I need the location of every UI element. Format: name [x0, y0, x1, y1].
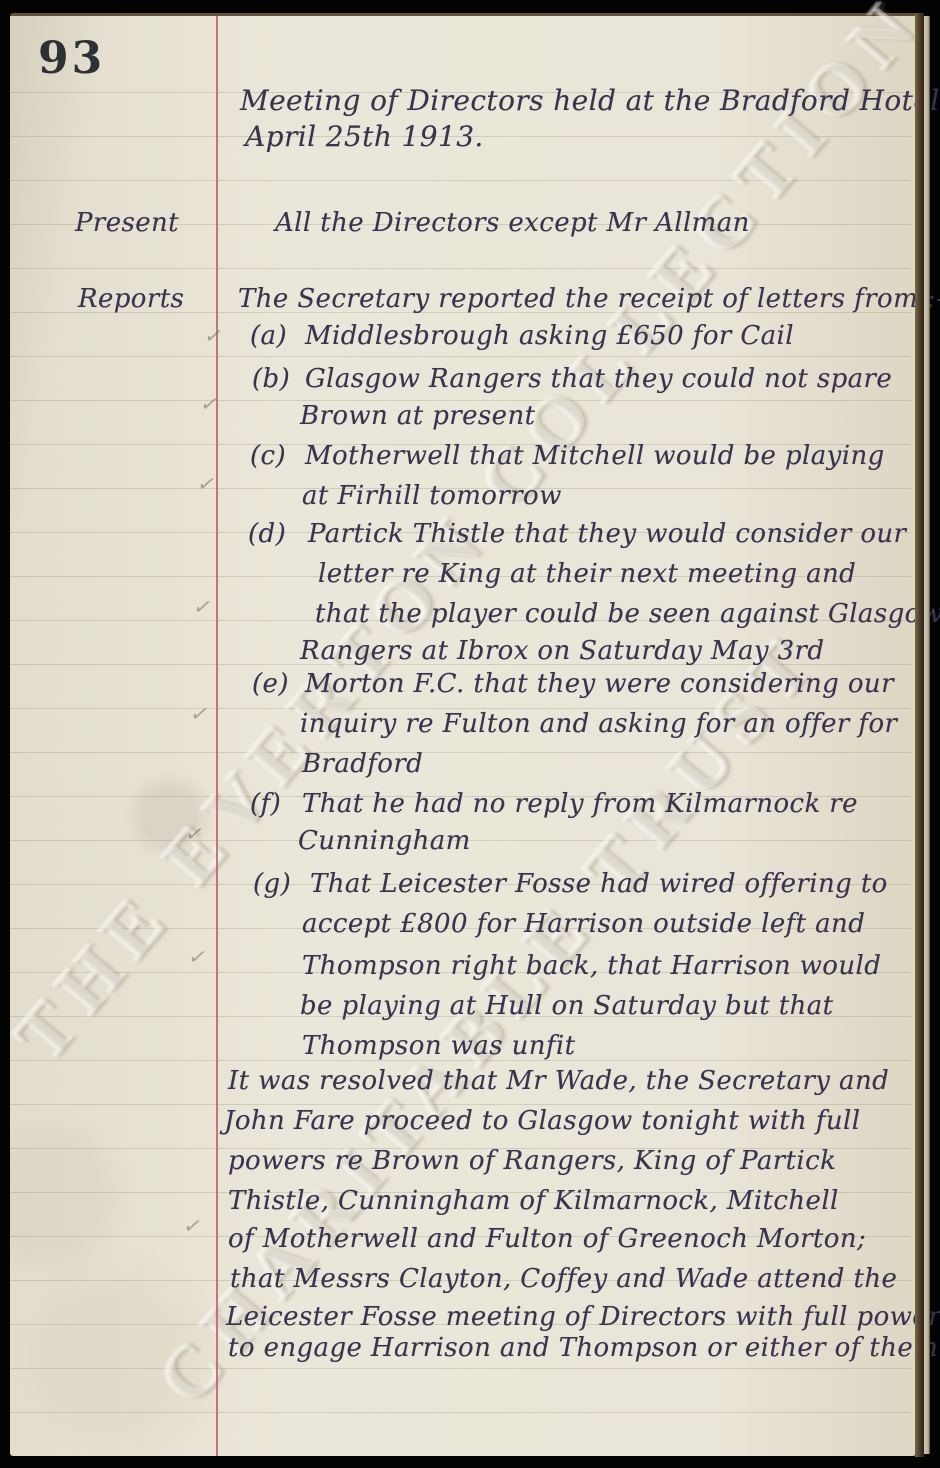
margin-label-reports: Reports — [78, 282, 184, 316]
resolution-line: powers re Brown of Rangers, King of Part… — [228, 1144, 836, 1178]
report-item-line: Thompson right back, that Harrison would — [302, 949, 881, 983]
report-item-line: accept £800 for Harrison outside left an… — [302, 907, 865, 941]
report-item-line: letter re King at their next meeting and — [318, 557, 856, 591]
report-item-line: Morton F.C. that they were considering o… — [305, 667, 894, 701]
report-item-line: That Leicester Fosse had wired offering … — [310, 867, 888, 901]
margin-label-present: Present — [75, 206, 179, 240]
pencil-checkmark: ✓ — [181, 1213, 204, 1238]
report-item-line: Brown at present — [300, 399, 535, 433]
report-item-line: that the player could be seen against Gl… — [315, 597, 940, 631]
resolution-line: to engage Harrison and Thompson or eithe… — [228, 1331, 938, 1365]
resolution-line: Leicester Fosse meeting of Directors wit… — [226, 1300, 940, 1334]
item-label: (a) — [250, 319, 287, 353]
page-edge-binding — [915, 13, 924, 1457]
report-item-line: inquiry re Fulton and asking for an offe… — [300, 707, 897, 741]
pencil-checkmark: ✓ — [186, 944, 209, 969]
report-item-line: That he had no reply from Kilmarnock re — [302, 787, 858, 821]
pencil-checkmark: ✓ — [188, 701, 211, 726]
report-item-line: Cunningham — [298, 824, 471, 858]
heading-line-1: Meeting of Directors held at the Bradfor… — [240, 84, 940, 118]
report-item-line: Bradford — [302, 747, 423, 781]
item-label: (g) — [253, 867, 291, 901]
resolution-line: John Fare proceed to Glasgow tonight wit… — [224, 1104, 860, 1138]
report-item-line: Rangers at Ibrox on Saturday May 3rd — [300, 634, 824, 668]
report-item-line: Partick Thistle that they would consider… — [308, 517, 906, 551]
red-margin-rule — [216, 16, 218, 1456]
pencil-checkmark: ✓ — [202, 323, 225, 348]
resolution-line: It was resolved that Mr Wade, the Secret… — [228, 1064, 889, 1098]
report-item-line: be playing at Hull on Saturday but that — [300, 989, 833, 1023]
underlying-page-edge — [924, 16, 930, 1454]
item-label: (c) — [250, 439, 286, 473]
report-item-line: at Firhill tomorrow — [302, 479, 562, 513]
item-label: (f) — [250, 787, 281, 821]
resolution-line: Thistle, Cunningham of Kilmarnock, Mitch… — [228, 1184, 839, 1218]
pencil-checkmark: ✓ — [191, 594, 214, 619]
present-text: All the Directors except Mr Allman — [275, 206, 750, 240]
item-label: (b) — [252, 362, 290, 396]
heading-line-2: April 25th 1913. — [245, 120, 484, 154]
scanned-minute-book-page: THE EVERTON COLLECTION CHARITABLE TRUST … — [0, 0, 940, 1468]
report-item-line: Thompson was unfit — [302, 1029, 575, 1063]
resolution-line: of Motherwell and Fulton of Greenoch Mor… — [228, 1222, 866, 1256]
page-number: 93 — [38, 33, 105, 84]
resolution-line: that Messrs Clayton, Coffey and Wade att… — [230, 1262, 897, 1296]
pencil-checkmark: ✓ — [183, 821, 206, 846]
item-label: (d) — [248, 517, 286, 551]
pencil-checkmark: ✓ — [195, 471, 218, 496]
report-item-line: Motherwell that Mitchell would be playin… — [305, 439, 885, 473]
report-item-line: Middlesbrough asking £650 for Cail — [305, 319, 794, 353]
report-item-line: Glasgow Rangers that they could not spar… — [305, 362, 892, 396]
ledger-page: THE EVERTON COLLECTION CHARITABLE TRUST … — [10, 13, 915, 1456]
reports-intro: The Secretary reported the receipt of le… — [238, 282, 940, 316]
item-label: (e) — [252, 667, 289, 701]
